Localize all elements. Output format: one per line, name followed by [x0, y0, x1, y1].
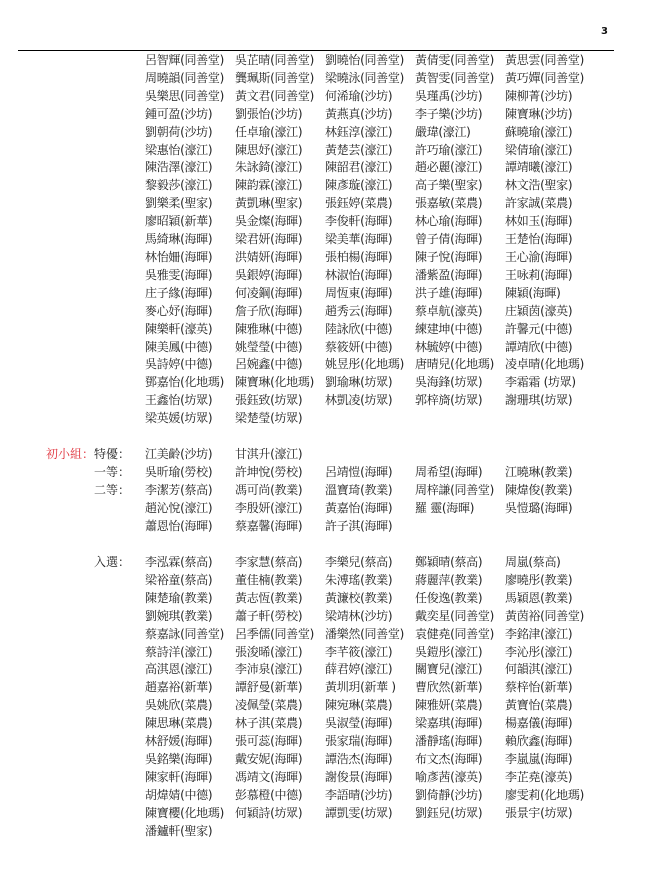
name-entry: 李泓霖(蔡高)	[145, 554, 235, 572]
selected-label: 入選：	[94, 554, 130, 572]
name-entry: 蔡筱妍(中德)	[325, 339, 415, 357]
name-entry: 唐晴兒(化地瑪)	[415, 356, 505, 374]
name-entry: 陳楚瑜(教業)	[145, 590, 235, 608]
name-entry: 麥心妤(海暉)	[145, 303, 235, 321]
name-entry: 鄭穎晴(蔡高)	[415, 554, 505, 572]
name-entry: 陳煒俊(教業)	[505, 482, 595, 500]
name-entry: 林文浩(聖家)	[505, 177, 595, 195]
name-entry: 薛君婷(濠江)	[325, 661, 415, 679]
name-entry: 嚴瑋(濠江)	[415, 124, 505, 142]
name-entry: 黃濂校(教業)	[325, 590, 415, 608]
name-entry: 李家慧(蔡高)	[235, 554, 325, 572]
name-entry: 黃思雲(同善堂)	[505, 52, 595, 70]
name-entry: 吳詩婷(中德)	[145, 356, 235, 374]
name-entry: 洪子雄(海暉)	[415, 285, 505, 303]
name-entry: 黃倩雯(同善堂)	[415, 52, 505, 70]
name-entry: 陳彥璇(濠江)	[325, 177, 415, 195]
name-entry: 李芷堯(濠英)	[505, 769, 595, 787]
name-entry: 戴奕星(同善堂)	[415, 608, 505, 626]
name-entry: 周梓謙(同善堂)	[415, 482, 505, 500]
name-entry: 林淑怡(海暉)	[325, 267, 415, 285]
name-entry: 許巧瑜(濠江)	[415, 142, 505, 160]
name-entry: 黃寶怡(菜農)	[505, 697, 595, 715]
name-entry: 吳銀婷(海暉)	[235, 267, 325, 285]
name-entry: 呂靖愷(海暉)	[325, 464, 415, 482]
name-entry: 李芊筱(濠江)	[325, 644, 415, 662]
name-entry: 呂季儒(同善堂)	[235, 626, 325, 644]
name-entry: 溫寶琦(教業)	[325, 482, 415, 500]
name-entry: 戴安妮(海暉)	[235, 751, 325, 769]
name-entry: 潘樂然(同善堂)	[325, 626, 415, 644]
name-entry: 楊嘉儀(海暉)	[505, 715, 595, 733]
name-entry: 張家瑞(海暉)	[325, 733, 415, 751]
name-entry: 林怡姍(海暉)	[145, 249, 235, 267]
name-entry: 林凱凌(坊眾)	[325, 392, 415, 410]
name-entry: 李嵐嵐(海暉)	[505, 751, 595, 769]
name-entry: 黃文君(同善堂)	[235, 88, 325, 106]
name-entry: 吳樂思(同善堂)	[145, 88, 235, 106]
name-entry: 廖雯莉(化地瑪)	[505, 787, 595, 805]
second-prize-label: 二等：	[94, 482, 130, 500]
name-entry: 許坤悅(勞校)	[235, 464, 325, 482]
continued-name-list: 呂智輝(同善堂)吳芷晴(同善堂)劉曉怡(同善堂)黃倩雯(同善堂)黃思雲(同善堂)…	[145, 52, 595, 428]
name-entry: 何韻淇(濠江)	[505, 661, 595, 679]
second-prize-list: 李潔芳(蔡高)馮可尚(教業)溫寶琦(教業)周梓謙(同善堂)陳煒俊(教業)趙沁悅(…	[145, 482, 595, 536]
name-entry: 郭梓旖(坊眾)	[415, 392, 505, 410]
name-entry: 蕭恩怡(海暉)	[145, 518, 235, 536]
name-entry: 凌卓晴(化地瑪)	[505, 356, 595, 374]
name-entry: 廖昭穎(新華)	[145, 213, 235, 231]
name-entry: 黃嘉怡(海暉)	[325, 500, 415, 518]
name-entry: 黃志恆(教業)	[235, 590, 325, 608]
name-entry: 黃楚芸(濠江)	[325, 142, 415, 160]
name-entry: 王鑫怡(坊眾)	[145, 392, 235, 410]
name-entry: 胡煒婧(中德)	[145, 787, 235, 805]
name-entry: 劉婉琪(教業)	[145, 608, 235, 626]
name-entry: 蔡嘉馨(海暉)	[235, 518, 325, 536]
name-entry: 陳穎(海暉)	[505, 285, 595, 303]
name-entry: 呂婉鑫(中德)	[235, 356, 325, 374]
name-entry: 王咏莉(海暉)	[505, 267, 595, 285]
name-entry: 譚舒曼(新華)	[235, 679, 325, 697]
name-entry: 陳子悅(海暉)	[415, 249, 505, 267]
name-entry: 劉倚靜(沙坊)	[415, 787, 505, 805]
name-entry: 蘇曉瑜(濠江)	[505, 124, 595, 142]
name-entry: 李霜霜 (坊眾)	[505, 374, 595, 392]
name-entry: 梁美華(海暉)	[325, 231, 415, 249]
name-entry: 黃圳玥(新華 )	[325, 679, 415, 697]
name-entry: 姚瑩瑩(中德)	[235, 339, 325, 357]
name-entry: 陳寶琳(化地瑪)	[235, 374, 325, 392]
name-entry: 洪婧妍(海暉)	[235, 249, 325, 267]
name-entry: 吳瑾禹(沙坊)	[415, 88, 505, 106]
name-entry: 張嘉敏(菜農)	[415, 195, 505, 213]
name-entry: 林毓婷(中德)	[415, 339, 505, 357]
name-entry: 吳金燦(海暉)	[235, 213, 325, 231]
name-entry: 許子淇(海暉)	[325, 518, 415, 536]
name-entry: 梁英媛(坊眾)	[145, 410, 235, 428]
name-entry: 譚靖欣(中德)	[505, 339, 595, 357]
name-entry: 劉鈺兒(坊眾)	[415, 805, 505, 823]
name-entry: 張可蕊(海暉)	[235, 733, 325, 751]
name-entry: 陳韶君(濠江)	[325, 159, 415, 177]
name-entry: 劉瑜琳(坊眾)	[325, 374, 415, 392]
name-entry: 江曉琳(教業)	[505, 464, 595, 482]
name-entry: 陳思琳(菜農)	[145, 715, 235, 733]
name-entry: 梁君妍(海暉)	[235, 231, 325, 249]
name-entry: 謝俊景(海暉)	[325, 769, 415, 787]
name-entry: 李潔芳(蔡高)	[145, 482, 235, 500]
name-entry: 陳浩澤(濠江)	[145, 159, 235, 177]
name-entry: 林舒媛(海暉)	[145, 733, 235, 751]
name-entry: 李銘津(濠江)	[505, 626, 595, 644]
name-entry: 吳海鋒(坊眾)	[415, 374, 505, 392]
name-entry: 何浠瑜(沙坊)	[325, 88, 415, 106]
name-entry: 李殷妍(濠江)	[235, 500, 325, 518]
name-entry: 馮靖文(海暉)	[235, 769, 325, 787]
name-entry: 董佳楠(教業)	[235, 572, 325, 590]
name-entry: 蔡詩洋(濠江)	[145, 644, 235, 662]
name-entry: 林子淇(菜農)	[235, 715, 325, 733]
name-entry: 吳姚欣(菜農)	[145, 697, 235, 715]
name-entry: 黃巧嬋(同善堂)	[505, 70, 595, 88]
name-entry: 陳雅琳(中德)	[235, 321, 325, 339]
name-entry: 布文杰(海暉)	[415, 751, 505, 769]
name-entry: 何穎詩(坊眾)	[235, 805, 325, 823]
name-entry: 李沛泉(濠江)	[235, 661, 325, 679]
name-entry: 馬穎恩(教業)	[505, 590, 595, 608]
name-entry: 張景宇(坊眾)	[505, 805, 595, 823]
name-entry: 林鈺淳(濠江)	[325, 124, 415, 142]
name-entry: 梁惠怡(濠江)	[145, 142, 235, 160]
name-entry: 凌佩瑩(菜農)	[235, 697, 325, 715]
name-entry: 周曉韻(同善堂)	[145, 70, 235, 88]
junior-group-label: 初小組：	[46, 446, 94, 464]
name-entry: 王心渝(海暉)	[505, 249, 595, 267]
name-entry: 曹欣然(新華)	[415, 679, 505, 697]
name-entry: 袁健堯(同善堂)	[415, 626, 505, 644]
name-entry: 蔡嘉詠(同善堂)	[145, 626, 235, 644]
name-entry: 梁倩瑜(濠江)	[505, 142, 595, 160]
name-entry: 黃凱琳(聖家)	[235, 195, 325, 213]
name-entry: 趙必麗(濠江)	[415, 159, 505, 177]
name-entry: 王楚怡(海暉)	[505, 231, 595, 249]
name-entry: 吳芷晴(同善堂)	[235, 52, 325, 70]
name-entry: 張鈺婷(菜農)	[325, 195, 415, 213]
name-entry: 周希望(海暉)	[415, 464, 505, 482]
name-entry: 謝珊琪(坊眾)	[505, 392, 595, 410]
name-entry: 劉曉怡(同善堂)	[325, 52, 415, 70]
name-entry: 羅 靈(海暉)	[415, 500, 505, 518]
name-entry: 譚凱雯(坊眾)	[325, 805, 415, 823]
name-entry: 趙秀云(海暉)	[325, 303, 415, 321]
name-entry: 彭慕橙(中德)	[235, 787, 325, 805]
first-prize-label: 一等：	[94, 464, 130, 482]
name-entry: 關寶兒(濠江)	[415, 661, 505, 679]
name-entry: 黃智雯(同善堂)	[415, 70, 505, 88]
name-entry: 甘淇升(濠江)	[235, 446, 325, 464]
name-entry: 吳雅雯(海暉)	[145, 267, 235, 285]
name-entry: 馬綺琳(海暉)	[145, 231, 235, 249]
header-rule	[18, 50, 614, 51]
name-entry: 廖曉彤(教業)	[505, 572, 595, 590]
name-entry: 李子樂(沙坊)	[415, 106, 505, 124]
name-entry: 陳樂軒(濠英)	[145, 321, 235, 339]
name-entry: 梁曉泳(同善堂)	[325, 70, 415, 88]
name-entry: 任卓瑜(濠江)	[235, 124, 325, 142]
name-entry: 陳寶櫻(化地瑪)	[145, 805, 235, 823]
name-entry: 蔡卓航(濠英)	[415, 303, 505, 321]
selected-list: 李泓霖(蔡高)李家慧(蔡高)李樂兒(蔡高)鄭穎晴(蔡高)周嵐(蔡高)梁裕童(蔡高…	[145, 554, 595, 841]
name-entry: 李沁彤(濠江)	[505, 644, 595, 662]
name-entry: 任俊逸(教業)	[415, 590, 505, 608]
name-entry: 林如玉(海暉)	[505, 213, 595, 231]
name-entry: 趙嘉裕(新華)	[145, 679, 235, 697]
name-entry: 陳柳菁(沙坊)	[505, 88, 595, 106]
name-entry: 梁楚瑩(坊眾)	[235, 410, 325, 428]
name-entry: 姚昱彤(化地瑪)	[325, 356, 415, 374]
first-prize-list: 吳昕瑜(勞校)許坤悅(勞校)呂靖愷(海暉)周希望(海暉)江曉琳(教業)	[145, 464, 595, 482]
name-entry: 呂智輝(同善堂)	[145, 52, 235, 70]
name-entry: 庄穎茵(濠英)	[505, 303, 595, 321]
name-entry: 張浚晞(濠江)	[235, 644, 325, 662]
name-entry: 曾子倩(海暉)	[415, 231, 505, 249]
name-entry: 朱溥瑤(教業)	[325, 572, 415, 590]
name-entry: 高子樂(聖家)	[415, 177, 505, 195]
name-entry: 李樂兒(蔡高)	[325, 554, 415, 572]
name-entry: 劉張怡(沙坊)	[235, 106, 325, 124]
name-entry: 陸詠欣(中德)	[325, 321, 415, 339]
name-entry: 庄子緣(海暉)	[145, 285, 235, 303]
name-entry: 周恆東(海暉)	[325, 285, 415, 303]
page-number: 3	[601, 26, 608, 37]
name-entry: 譚浩杰(海暉)	[325, 751, 415, 769]
name-entry: 趙沁悅(濠江)	[145, 500, 235, 518]
name-entry: 蔣麗萍(教業)	[415, 572, 505, 590]
name-entry: 賴欣鑫(海暉)	[505, 733, 595, 751]
name-entry: 詹子欣(海暉)	[235, 303, 325, 321]
name-entry: 潘鑪軒(聖家)	[145, 823, 235, 841]
name-entry: 許家誠(菜農)	[505, 195, 595, 213]
name-entry: 周嵐(蔡高)	[505, 554, 595, 572]
name-entry: 吳鎧彤(濠江)	[415, 644, 505, 662]
name-entry: 鄧嘉怡(化地瑪)	[145, 374, 235, 392]
name-entry: 吳銘樂(海暉)	[145, 751, 235, 769]
name-entry: 喻彥茜(濠英)	[415, 769, 505, 787]
name-entry: 黃茵裕(同善堂)	[505, 608, 595, 626]
name-entry: 梁裕童(蔡高)	[145, 572, 235, 590]
name-entry: 黃燕真(沙坊)	[325, 106, 415, 124]
name-entry: 陳家軒(海暉)	[145, 769, 235, 787]
name-entry: 何凌鋼(海暉)	[235, 285, 325, 303]
name-entry: 江美齡(沙坊)	[145, 446, 235, 464]
name-entry: 陳雅妍(菜農)	[415, 697, 505, 715]
name-entry: 梁嘉琪(海暉)	[415, 715, 505, 733]
name-entry: 陳美鳳(中德)	[145, 339, 235, 357]
name-entry: 朱詠錡(濠江)	[235, 159, 325, 177]
name-entry: 吳愷璐(海暉)	[505, 500, 595, 518]
name-entry: 蔡梓怡(新華)	[505, 679, 595, 697]
name-entry: 劉朝荷(沙坊)	[145, 124, 235, 142]
name-entry: 蕭子軒(勞校)	[235, 608, 325, 626]
name-entry: 潘紫盈(海暉)	[415, 267, 505, 285]
name-entry: 劉樂柔(聖家)	[145, 195, 235, 213]
name-entry: 許馨元(中德)	[505, 321, 595, 339]
name-entry: 林心瑜(海暉)	[415, 213, 505, 231]
name-entry: 李俊軒(海暉)	[325, 213, 415, 231]
name-entry: 梁靖林(沙坊)	[325, 608, 415, 626]
special-award-list: 江美齡(沙坊)甘淇升(濠江)	[145, 446, 595, 464]
name-entry: 黎毅莎(濠江)	[145, 177, 235, 195]
name-entry: 陳韵霖(濠江)	[235, 177, 325, 195]
name-entry: 吳昕瑜(勞校)	[145, 464, 235, 482]
name-entry: 鍾可盈(沙坊)	[145, 106, 235, 124]
name-entry: 陳寶琳(沙坊)	[505, 106, 595, 124]
name-entry: 吳淑瑩(海暉)	[325, 715, 415, 733]
name-entry: 陳宛琳(菜農)	[325, 697, 415, 715]
name-entry: 陳思妤(濠江)	[235, 142, 325, 160]
special-award-label: 特優：	[94, 446, 130, 464]
name-entry: 龔珮斯(同善堂)	[235, 70, 325, 88]
name-entry: 馮可尚(教業)	[235, 482, 325, 500]
name-entry: 高淇恩(濠江)	[145, 661, 235, 679]
name-entry: 張柏楊(海暉)	[325, 249, 415, 267]
name-entry: 練建坤(中德)	[415, 321, 505, 339]
name-entry: 張鈺致(坊眾)	[235, 392, 325, 410]
name-entry: 潘靜瑤(海暉)	[415, 733, 505, 751]
name-entry: 譚靖曦(濠江)	[505, 159, 595, 177]
name-entry: 李語晴(沙坊)	[325, 787, 415, 805]
